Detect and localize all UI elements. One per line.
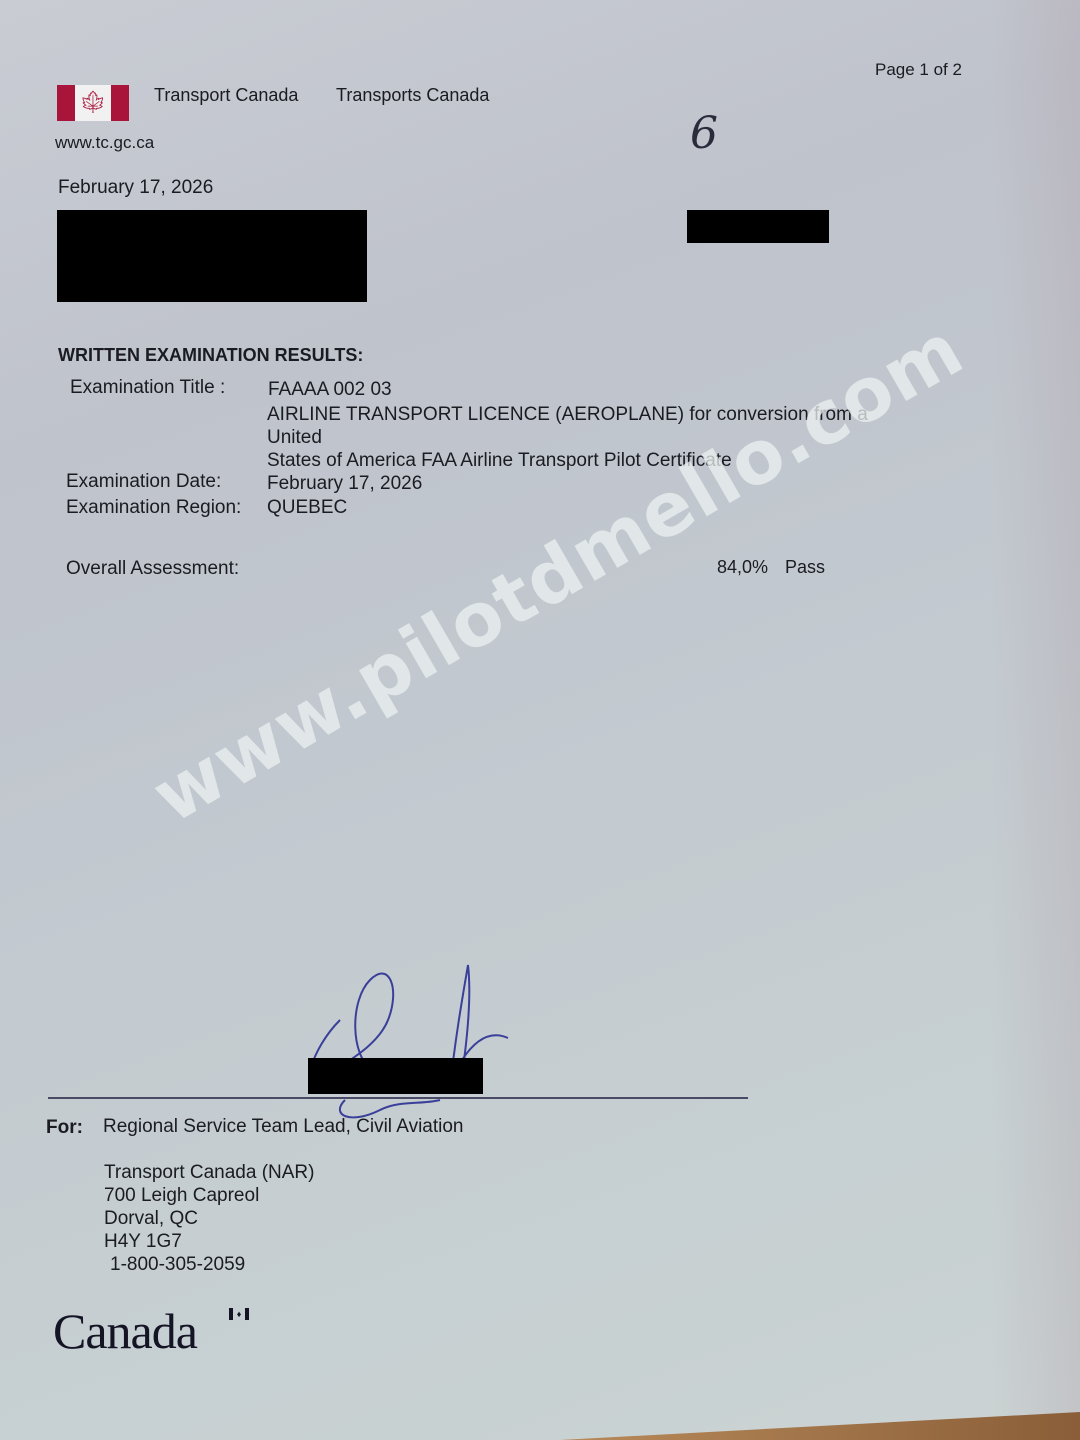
page-edge-shadow xyxy=(990,0,1080,1440)
signature-scribble xyxy=(290,960,530,1120)
signature-line xyxy=(48,1097,748,1099)
page-indicator: Page 1 of 2 xyxy=(875,60,962,80)
exam-title-line2: United xyxy=(267,427,322,449)
redacted-recipient-block xyxy=(57,210,367,302)
letter-date: February 17, 2026 xyxy=(58,177,213,199)
address-phone: 1-800-305-2059 xyxy=(110,1254,245,1276)
website-link: www.tc.gc.ca xyxy=(55,133,154,153)
org-name-en: Transport Canada xyxy=(154,85,298,106)
address-line4: H4Y 1G7 xyxy=(104,1231,182,1253)
redacted-signatory-name xyxy=(308,1058,483,1094)
exam-region-label: Examination Region: xyxy=(66,497,241,519)
for-label: For: xyxy=(46,1117,83,1139)
exam-date-label: Examination Date: xyxy=(66,471,221,493)
handwritten-mark: 6 xyxy=(690,108,718,159)
canada-flag-icon: 🍁︎ xyxy=(57,85,129,121)
assessment-score: 84,0% xyxy=(717,557,768,578)
redacted-reference-block xyxy=(687,210,829,243)
org-name-fr: Transports Canada xyxy=(336,85,489,106)
canada-wordmark-flag-icon: ♦ xyxy=(229,1308,249,1320)
exam-title-label: Examination Title : xyxy=(70,377,225,399)
assessment-result: Pass xyxy=(785,557,825,578)
assessment-label: Overall Assessment: xyxy=(66,558,239,580)
signatory-role: Regional Service Team Lead, Civil Aviati… xyxy=(103,1116,464,1138)
results-heading: WRITTEN EXAMINATION RESULTS: xyxy=(58,345,363,366)
address-line3: Dorval, QC xyxy=(104,1208,198,1230)
address-line1: Transport Canada (NAR) xyxy=(104,1162,314,1184)
exam-region-value: QUEBEC xyxy=(267,497,347,519)
exam-title-code: FAAAA 002 03 xyxy=(268,379,392,401)
exam-date-value: February 17, 2026 xyxy=(267,473,422,495)
canada-wordmark: Canada xyxy=(53,1302,197,1360)
address-line2: 700 Leigh Capreol xyxy=(104,1185,259,1207)
watermark-text: www.pilotdmello.com xyxy=(139,306,978,840)
